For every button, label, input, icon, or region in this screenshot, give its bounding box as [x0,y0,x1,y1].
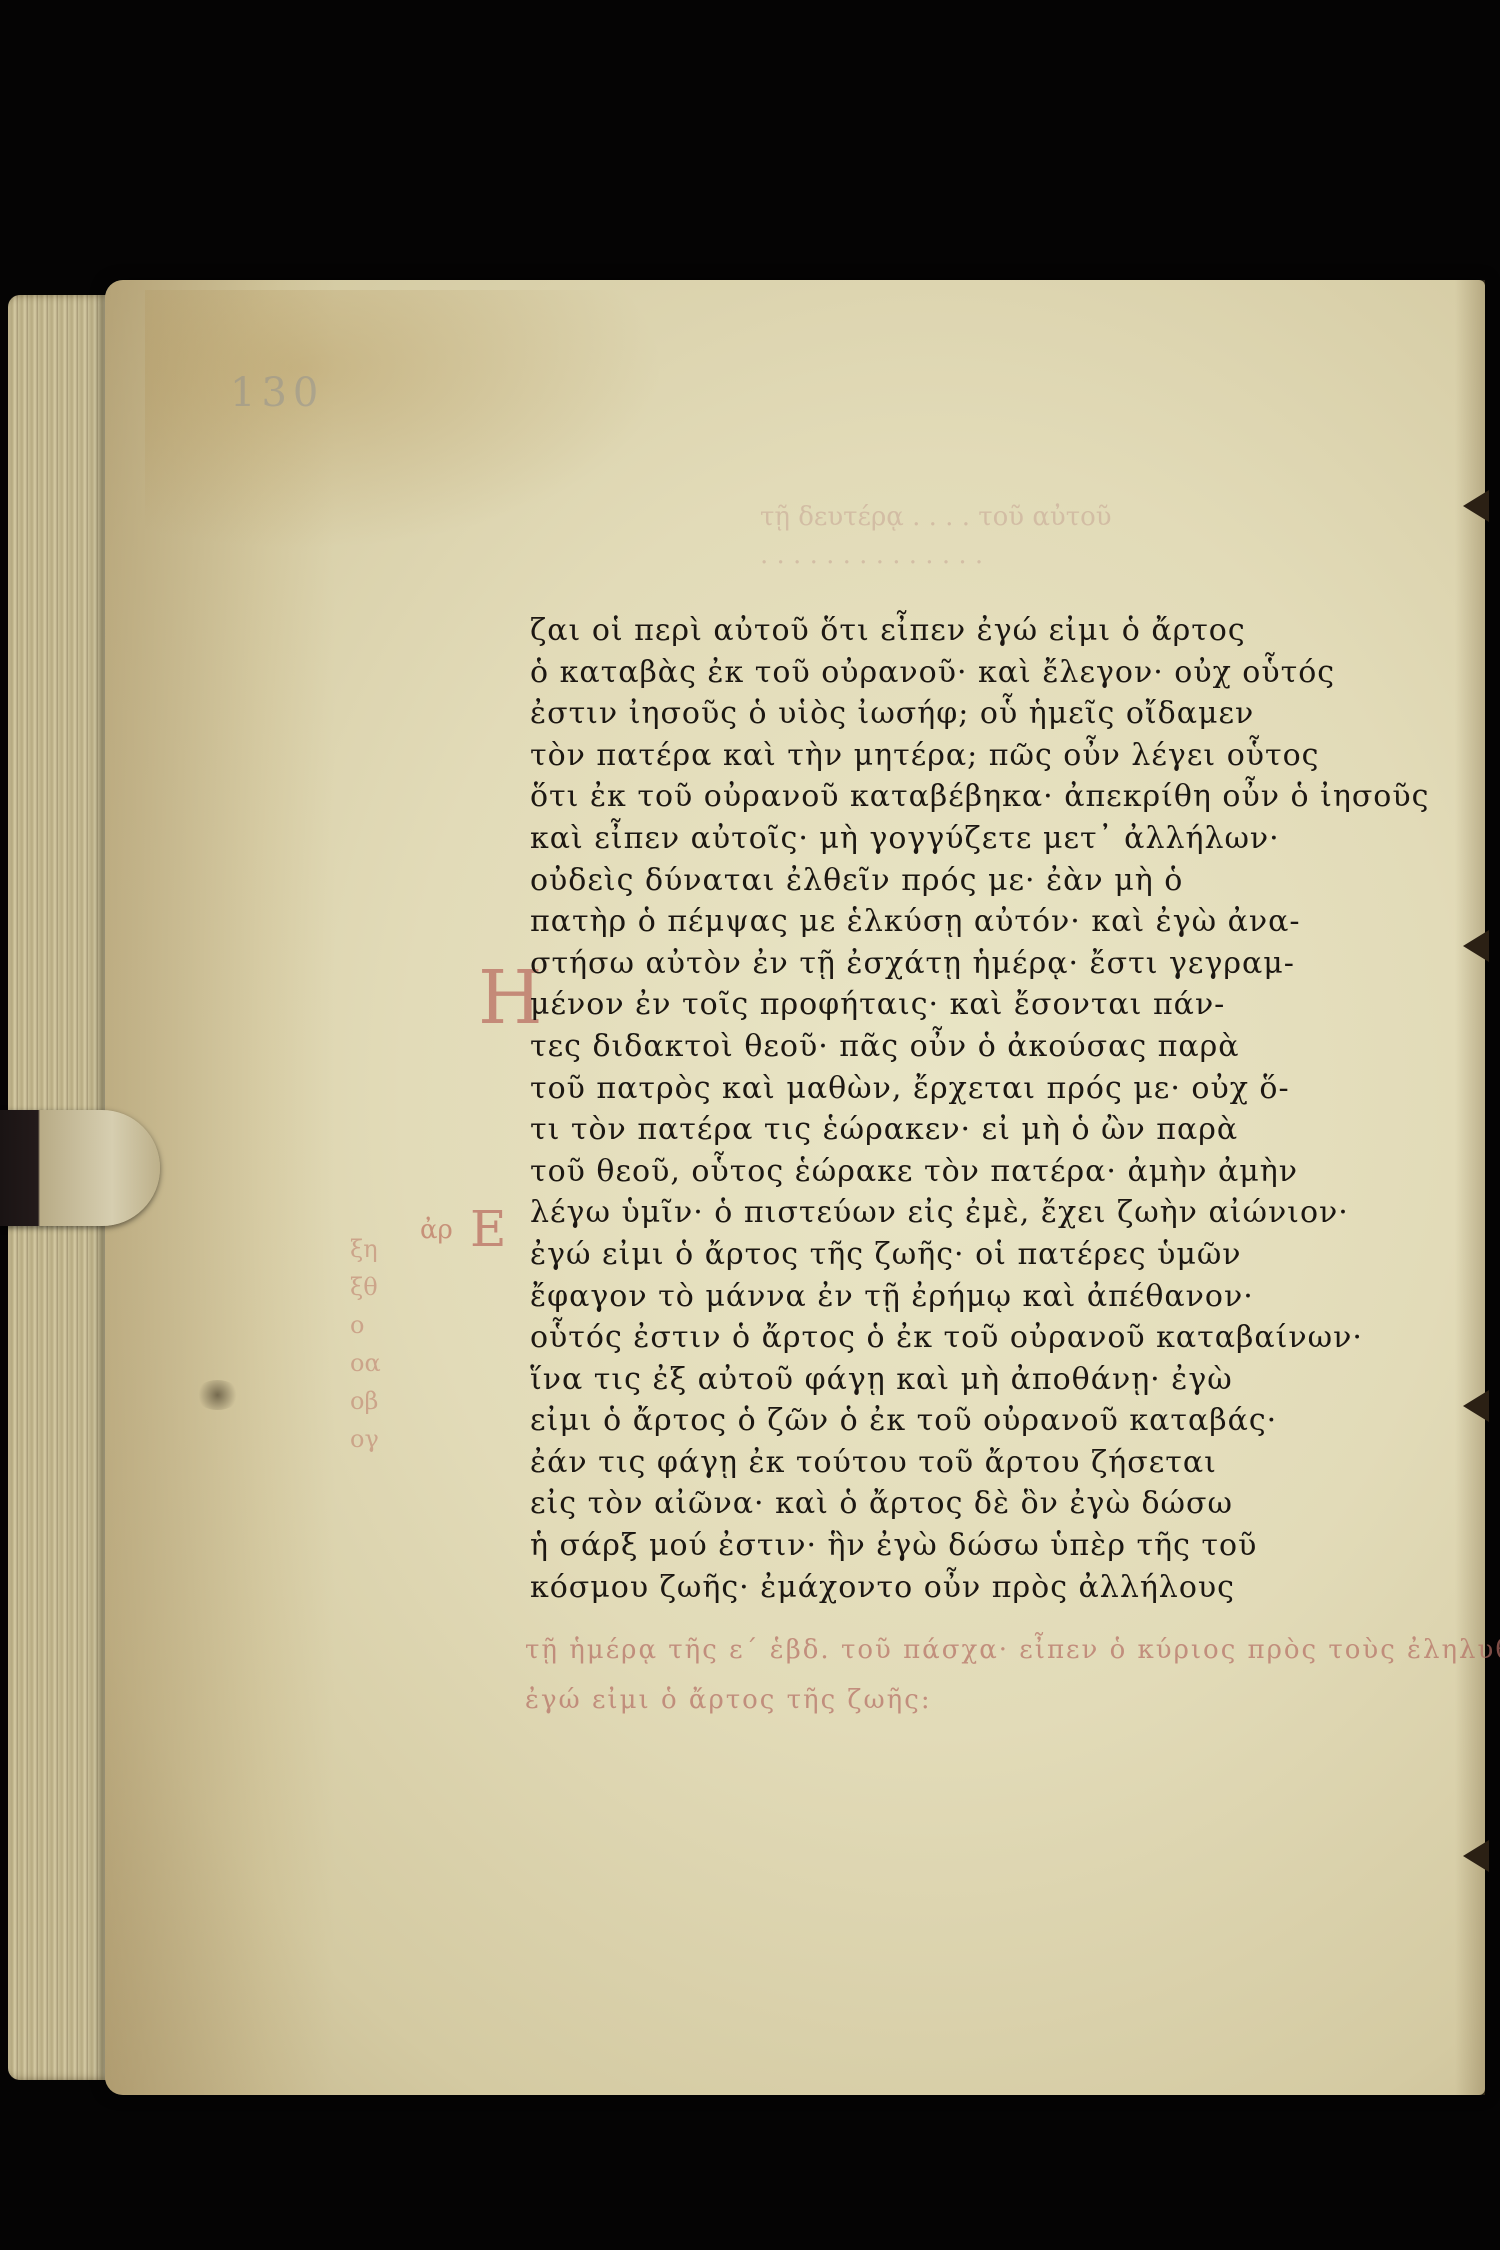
faded-line: . . . . . . . . . . . . . . [760,536,1112,574]
margin-note: ξη [350,1230,381,1268]
page-tab-marker [1463,930,1489,962]
text-line: ὁ καταβὰς ἐκ τοῦ οὐρανοῦ· καὶ ἔλεγον· οὐ… [530,652,1360,694]
page-tab-marker [1463,1840,1489,1872]
folio-number: 130 [230,370,324,416]
text-line: ἔφαγον τὸ μάννα ἐν τῇ ἐρήμῳ καὶ ἀπέθανον… [530,1276,1360,1318]
text-line: κόσμου ζωῆς· ἐμάχοντο οὖν πρὸς ἀλλήλους [530,1567,1360,1609]
text-line: οὗτός ἐστιν ὁ ἄρτος ὁ ἐκ τοῦ οὐρανοῦ κατ… [530,1317,1360,1359]
text-line: λέγω ὑμῖν· ὁ πιστεύων εἰς ἐμὲ, ἔχει ζωὴν… [530,1192,1360,1234]
page-tab-marker [1463,490,1489,522]
faded-header-text: τῇ δευτέρᾳ . . . . τοῦ αὐτοῦ . . . . . .… [760,498,1112,574]
folio-right-edge [1455,280,1485,2095]
faded-line: τῇ δευτέρᾳ . . . . τοῦ αὐτοῦ [760,498,1112,536]
page-tab-marker [1463,1390,1489,1422]
text-line: ἐάν τις φάγῃ ἐκ τούτου τοῦ ἄρτου ζήσεται [530,1442,1360,1484]
text-line: τι τὸν πατέρα τις ἑώρακεν· εἰ μὴ ὁ ὢν πα… [530,1109,1360,1151]
margin-note: ξθ [350,1268,381,1306]
text-line: στήσω αὐτὸν ἐν τῇ ἐσχάτῃ ἡμέρᾳ· ἔστι γεγ… [530,943,1360,985]
text-line: ὅτι ἐκ τοῦ οὐρανοῦ καταβέβηκα· ἀπεκρίθη … [530,776,1360,818]
main-text-block: ζαι οἱ περὶ αὐτοῦ ὅτι εἶπεν ἐγώ εἰμι ὁ ἄ… [530,610,1360,1608]
margin-note: ο [350,1306,381,1344]
rubricated-initial-secondary: Ε [470,1200,507,1258]
text-line: εἰς τὸν αἰῶνα· καὶ ὁ ἄρτος δὲ ὃν ἐγὼ δώσ… [530,1483,1360,1525]
ink-blot [195,1380,240,1410]
rubric-lection-heading: τῇ ἡμέρᾳ τῆς ε΄ ἑβδ. τοῦ πάσχα· εἶπεν ὁ … [525,1625,1500,1725]
text-line: τοῦ πατρὸς καὶ μαθὼν, ἔρχεται πρός με· ο… [530,1068,1360,1110]
holding-thumb [0,1110,160,1226]
margin-abbreviation: ἀρ [420,1215,453,1245]
text-line: οὐδεὶς δύναται ἐλθεῖν πρός με· ἐὰν μὴ ὁ [530,860,1360,902]
rubric-line: ἐγώ εἰμι ὁ ἄρτος τῆς ζωῆς: [525,1675,1500,1725]
water-stain [145,290,665,550]
margin-note: οβ [350,1382,381,1420]
text-line: ἐγώ εἰμι ὁ ἄρτος τῆς ζωῆς· οἱ πατέρες ὑμ… [530,1234,1360,1276]
text-line: ζαι οἱ περὶ αὐτοῦ ὅτι εἶπεν ἐγώ εἰμι ὁ ἄ… [530,610,1360,652]
text-line: καὶ εἶπεν αὐτοῖς· μὴ γογγύζετε μετ᾽ ἀλλή… [530,818,1360,860]
text-line: τὸν πατέρα καὶ τὴν μητέρα; πῶς οὖν λέγει… [530,735,1360,777]
text-line: μένον ἐν τοῖς προφήταις· καὶ ἔσονται πάν… [530,984,1360,1026]
margin-lection-numbers: ξη ξθ ο οα οβ ογ [350,1230,381,1458]
text-line: πατὴρ ὁ πέμψας με ἑλκύσῃ αὐτόν· καὶ ἐγὼ … [530,901,1360,943]
text-line: τες διδακτοὶ θεοῦ· πᾶς οὖν ὁ ἀκούσας παρ… [530,1026,1360,1068]
text-line: ἡ σάρξ μού ἐστιν· ἣν ἐγὼ δώσω ὑπὲρ τῆς τ… [530,1525,1360,1567]
text-line: εἰμι ὁ ἄρτος ὁ ζῶν ὁ ἐκ τοῦ οὐρανοῦ κατα… [530,1400,1360,1442]
text-line: ἐστιν ἰησοῦς ὁ υἱὸς ἰωσήφ; οὗ ἡμεῖς οἴδα… [530,693,1360,735]
margin-note: ογ [350,1420,381,1458]
margin-note: οα [350,1344,381,1382]
text-line: τοῦ θεοῦ, οὗτος ἑώρακε τὸν πατέρα· ἀμὴν … [530,1151,1360,1193]
text-line: ἵνα τις ἐξ αὐτοῦ φάγῃ καὶ μὴ ἀποθάνῃ· ἐγ… [530,1359,1360,1401]
rubric-line: τῇ ἡμέρᾳ τῆς ε΄ ἑβδ. τοῦ πάσχα· εἶπεν ὁ … [525,1625,1500,1675]
